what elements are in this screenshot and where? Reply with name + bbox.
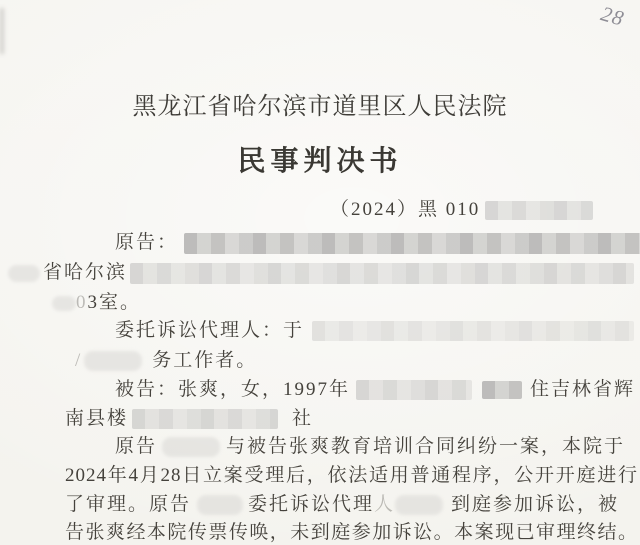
- agent-line-2: / 务工作者。: [75, 349, 257, 373]
- address-fragment: 3室。: [88, 291, 142, 315]
- redaction-block: [130, 263, 634, 284]
- body-text: 与被告张爽教育培训合同纠纷一案，本院于: [226, 435, 625, 459]
- faded-character-blur: [197, 495, 243, 515]
- defendant-line: 被告：张爽，女，1997年 住吉林省辉: [115, 378, 635, 402]
- body-text: 2024年4月28日立案受理后，依法适用普通程序，公开开庭进行: [65, 464, 638, 488]
- body-text: 委托诉讼代理: [248, 493, 374, 517]
- body-paragraph-line-1: 原告 与被告张爽教育培训合同纠纷一案，本院于: [115, 435, 625, 459]
- partial-stroke: /: [75, 349, 82, 373]
- handwritten-page-number: 28: [598, 1, 627, 31]
- faded-character-blur: [395, 495, 443, 515]
- plaintiff-address-line-1: 省哈尔滨: [8, 261, 634, 285]
- redaction-block: [356, 380, 472, 400]
- case-number: （2024）黑 010: [330, 198, 480, 222]
- plaintiff-address-line-2: 0 3室。: [52, 291, 141, 315]
- faded-digit: 0: [76, 291, 88, 315]
- body-text: 到庭参加诉讼，被: [451, 493, 619, 517]
- defendant-address-lead: 住吉林省辉: [530, 378, 635, 402]
- faded-character-blur: [52, 296, 76, 311]
- body-paragraph-line-2: 2024年4月28日立案受理后，依法适用普通程序，公开开庭进行: [65, 464, 638, 488]
- redaction-block: [132, 409, 278, 429]
- body-text: 原告: [115, 435, 157, 459]
- redaction-block: [312, 321, 634, 341]
- judgment-scan-page: 28 黑龙江省哈尔滨市道里区人民法院 民事判决书 （2024）黑 010 原告：…: [0, 0, 640, 545]
- body-text: 了审理。原告: [65, 493, 191, 517]
- document-title: 民事判决书: [0, 139, 640, 179]
- plaintiff-label: 原告：: [115, 231, 178, 255]
- faded-character-blur: [162, 437, 220, 457]
- defendant-address-fragment: 南县楼: [65, 407, 128, 431]
- faded-character-blur: [8, 265, 40, 282]
- body-paragraph-line-3: 了审理。原告 委托诉讼代理 人 到庭参加诉讼，被: [65, 493, 619, 517]
- body-paragraph-line-4: 告张爽经本院传票传唤，未到庭参加诉讼。本案现已审理终结。: [65, 521, 638, 545]
- agent-fragment: 务工作者。: [152, 349, 257, 373]
- scan-edge-artifact: [0, 8, 4, 54]
- plaintiff-line: 原告：: [115, 231, 640, 255]
- agent-label: 委托诉讼代理人：于: [115, 319, 304, 343]
- redaction-block: [485, 201, 593, 220]
- defendant-line-2: 南县楼 社: [65, 407, 313, 431]
- agent-line: 委托诉讼代理人：于: [115, 319, 634, 343]
- case-number-line: （2024）黑 010: [330, 198, 593, 222]
- defendant-info: 被告：张爽，女，1997年: [115, 378, 350, 402]
- redaction-block: [184, 233, 640, 254]
- faded-character-blur: [84, 351, 142, 371]
- body-text: 告张爽经本院传票传唤，未到庭参加诉讼。本案现已审理终结。: [65, 521, 638, 545]
- redaction-block: [482, 381, 522, 399]
- address-fragment: 省哈尔滨: [43, 261, 127, 285]
- court-name: 黑龙江省哈尔滨市道里区人民法院: [0, 86, 640, 121]
- faded-character: 人: [374, 493, 395, 517]
- defendant-address-tail: 社: [292, 407, 313, 431]
